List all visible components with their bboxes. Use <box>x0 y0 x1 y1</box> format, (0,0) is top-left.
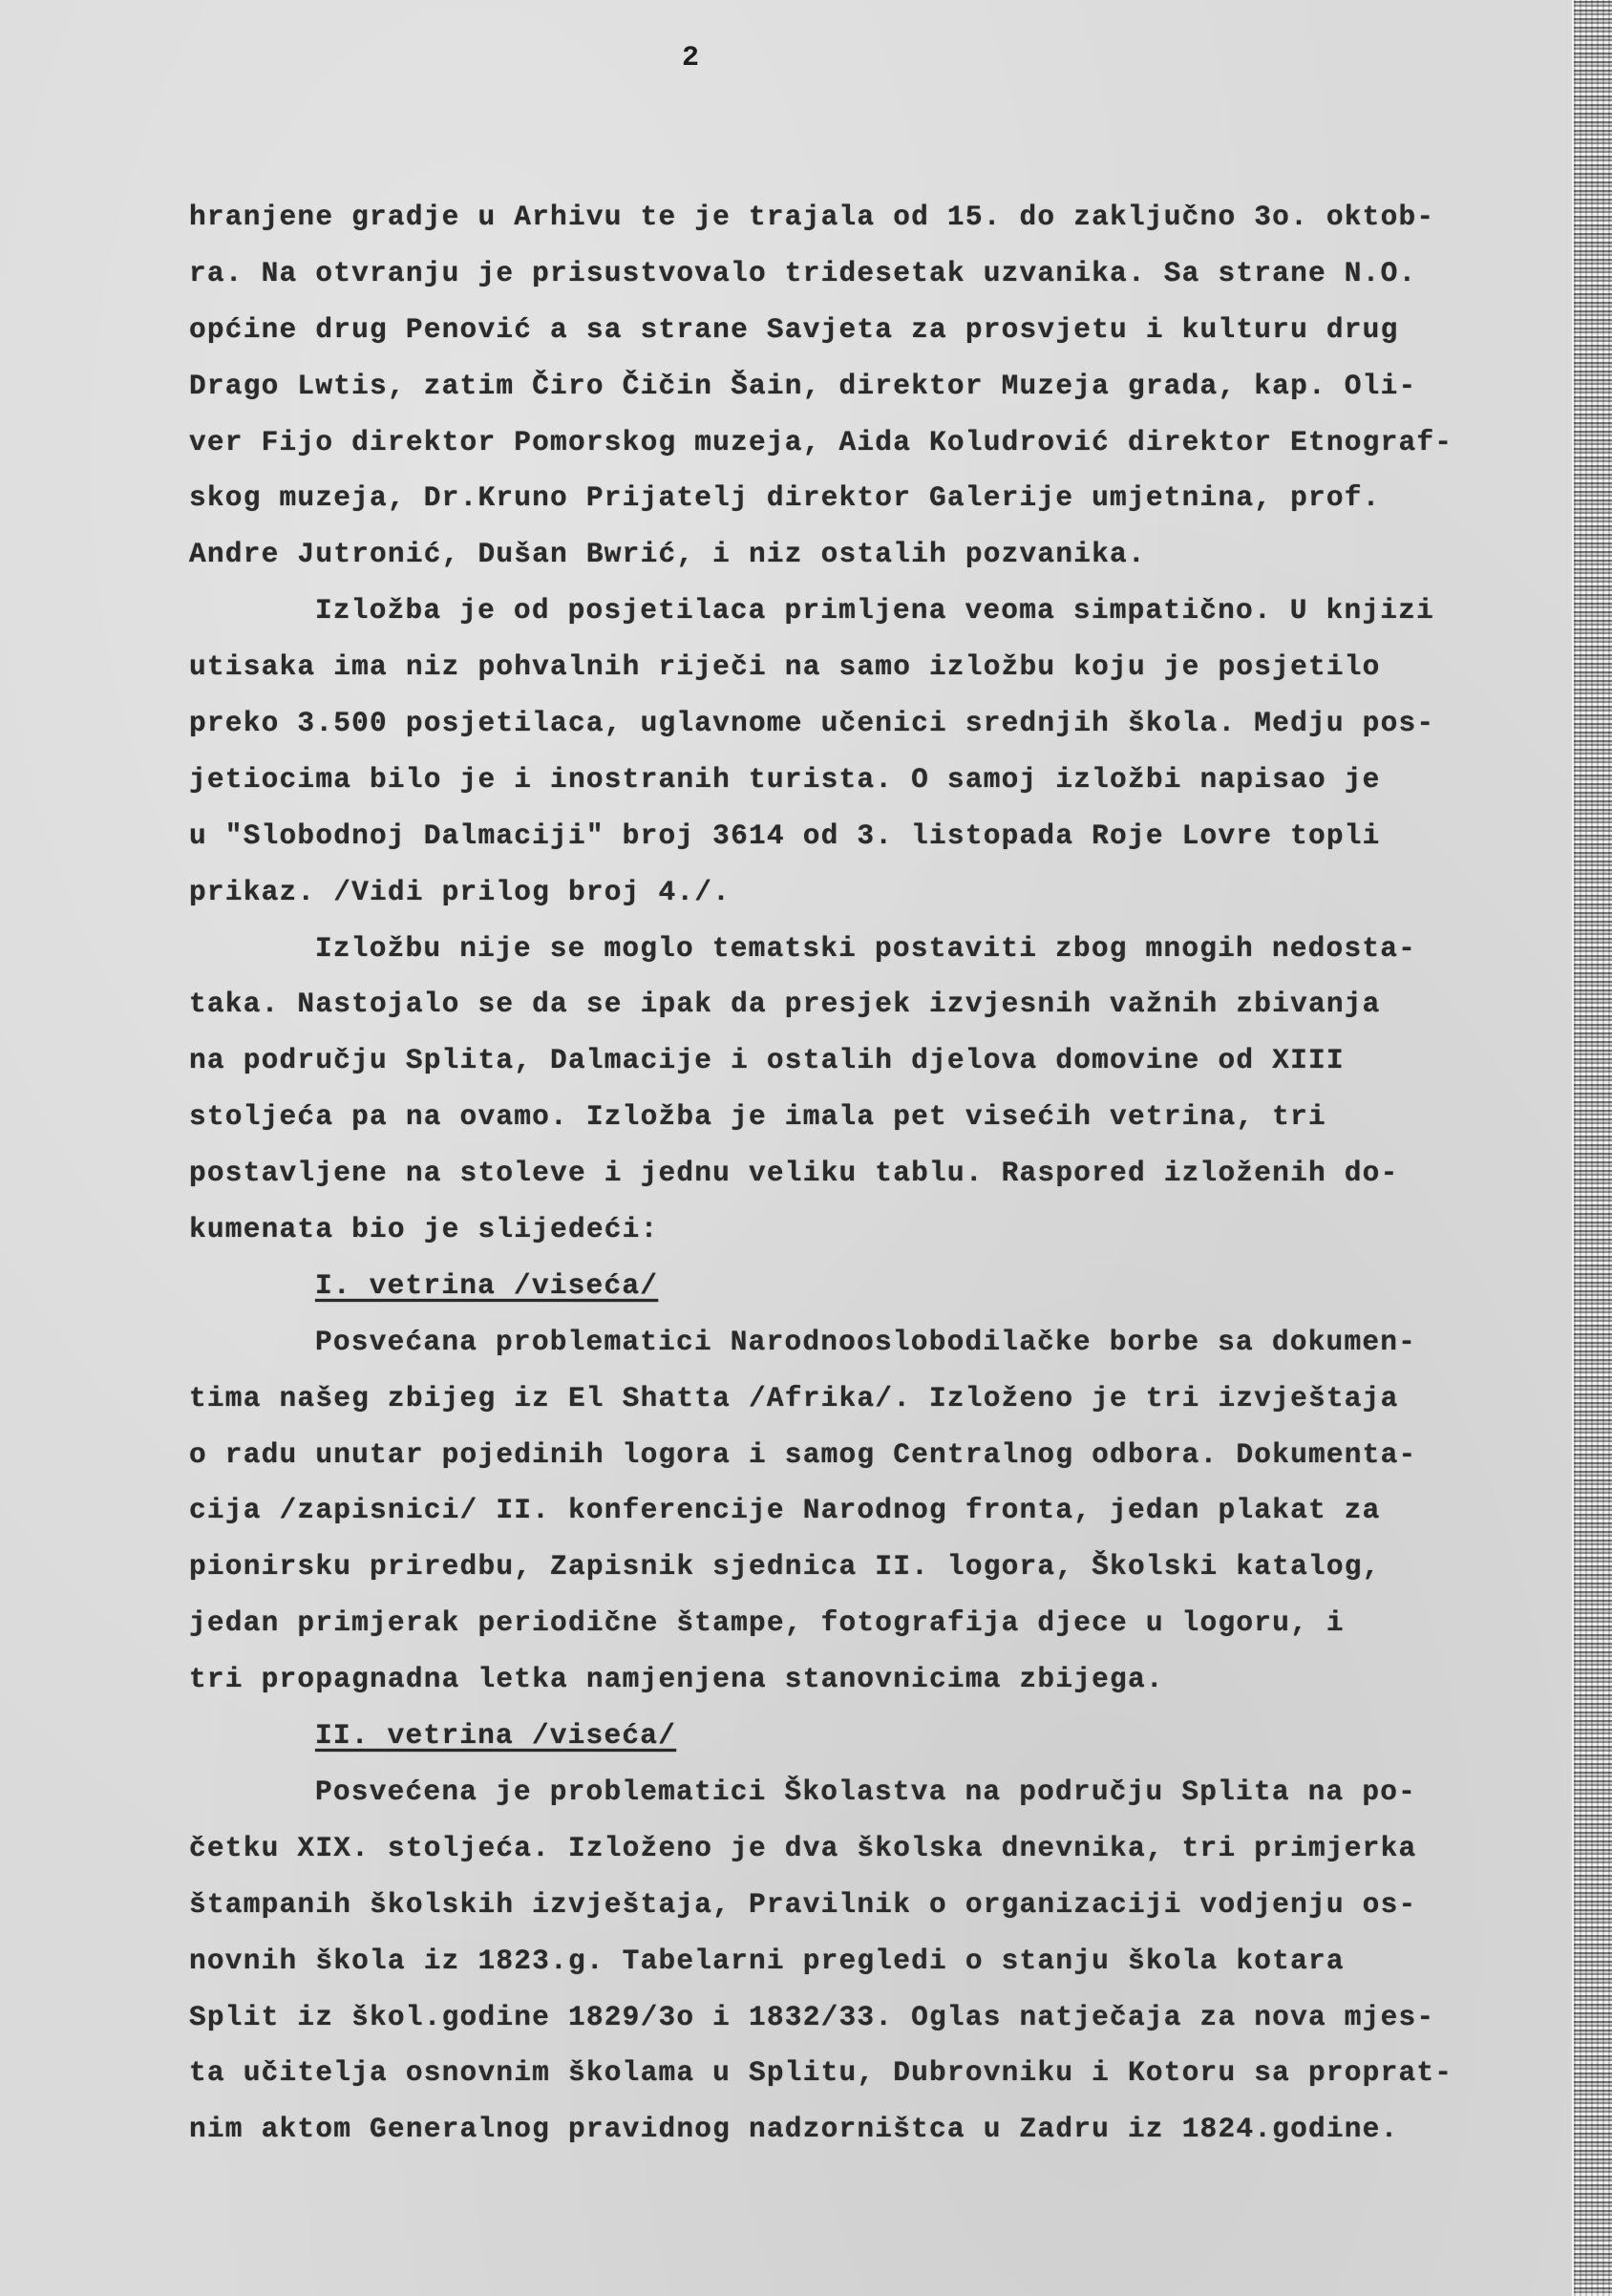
text-line: hranjene gradje u Arhivu te je trajala o… <box>189 189 1545 245</box>
text-line: tri propagnadna letka namjenjena stanovn… <box>189 1651 1545 1708</box>
text-line: ver Fijo direktor Pomorskog muzeja, Aida… <box>189 415 1545 471</box>
text-line: Izložba je od posjetilaca primljena veom… <box>189 583 1545 639</box>
text-line: štampanih školskih izvještaja, Pravilnik… <box>189 1877 1545 1933</box>
section-heading: I. vetrina /viseća/ <box>189 1258 1545 1314</box>
text-line: prikaz. /Vidi prilog broj 4./. <box>189 864 1545 921</box>
text-line: ra. Na otvranju je prisustvovalo tridese… <box>189 245 1545 302</box>
text-line: jetiocima bilo je i inostranih turista. … <box>189 752 1545 808</box>
section-heading-text: II. vetrina /viseća/ <box>315 1719 676 1752</box>
text-line: Izložbu nije se moglo tematski postaviti… <box>189 921 1545 977</box>
text-line: Posvećena je problematici Školastva na p… <box>189 1764 1545 1820</box>
text-line: nim aktom Generalnog pravidnog nadzorniš… <box>189 2101 1545 2158</box>
text-line: utisaka ima niz pohvalnih riječi na samo… <box>189 639 1545 695</box>
text-line: u "Slobodnoj Dalmaciji" broj 3614 od 3. … <box>189 808 1545 864</box>
text-line: Split iz škol.godine 1829/3o i 1832/33. … <box>189 1989 1545 2046</box>
text-line: općine drug Penović a sa strane Savjeta … <box>189 302 1545 358</box>
paragraph: Posvećana problematici Narodnooslobodila… <box>189 1314 1545 1708</box>
text-line: preko 3.500 posjetilaca, uglavnome učeni… <box>189 695 1545 752</box>
paragraph: Izložbu nije se moglo tematski postaviti… <box>189 921 1545 1258</box>
text-line: kumenata bio je slijedeći: <box>189 1201 1545 1258</box>
page-number: 2 <box>682 42 699 74</box>
text-line: Andre Jutronić, Dušan Bwrić, i niz ostal… <box>189 526 1545 583</box>
text-line: taka. Nastojalo se da se ipak da presjek… <box>189 976 1545 1032</box>
text-line: tima našeg zbijeg iz El Shatta /Afrika/.… <box>189 1371 1545 1427</box>
text-line: Drago Lwtis, zatim Čiro Čičin Šain, dire… <box>189 358 1545 415</box>
text-line: o radu unutar pojedinih logora i samog C… <box>189 1427 1545 1483</box>
document-body: hranjene gradje u Arhivu te je trajala o… <box>189 189 1545 2158</box>
section-heading-text: I. vetrina /viseća/ <box>315 1269 658 1302</box>
text-line: pionirsku priredbu, Zapisnik sjednica II… <box>189 1539 1545 1595</box>
text-line: stoljeća pa na ovamo. Izložba je imala p… <box>189 1089 1545 1145</box>
text-line: postavljene na stoleve i jednu veliku ta… <box>189 1145 1545 1201</box>
text-line: Posvećana problematici Narodnooslobodila… <box>189 1314 1545 1371</box>
paragraph: Izložba je od posjetilaca primljena veom… <box>189 583 1545 920</box>
paragraph: Posvećena je problematici Školastva na p… <box>189 1764 1545 2158</box>
section-heading: II. vetrina /viseća/ <box>189 1708 1545 1764</box>
text-line: skog muzeja, Dr.Kruno Prijatelj direktor… <box>189 470 1545 526</box>
text-line: ta učitelja osnovnim školama u Splitu, D… <box>189 2045 1545 2101</box>
text-line: novnih škola iz 1823.g. Tabelarni pregle… <box>189 1933 1545 1989</box>
scan-background-fabric <box>1572 0 1612 2296</box>
text-line: četku XIX. stoljeća. Izloženo je dva ško… <box>189 1820 1545 1877</box>
text-line: jedan primjerak periodične štampe, fotog… <box>189 1595 1545 1651</box>
paragraph: hranjene gradje u Arhivu te je trajala o… <box>189 189 1545 583</box>
text-line: na području Splita, Dalmacije i ostalih … <box>189 1032 1545 1089</box>
text-line: cija /zapisnici/ II. konferencije Narodn… <box>189 1482 1545 1539</box>
